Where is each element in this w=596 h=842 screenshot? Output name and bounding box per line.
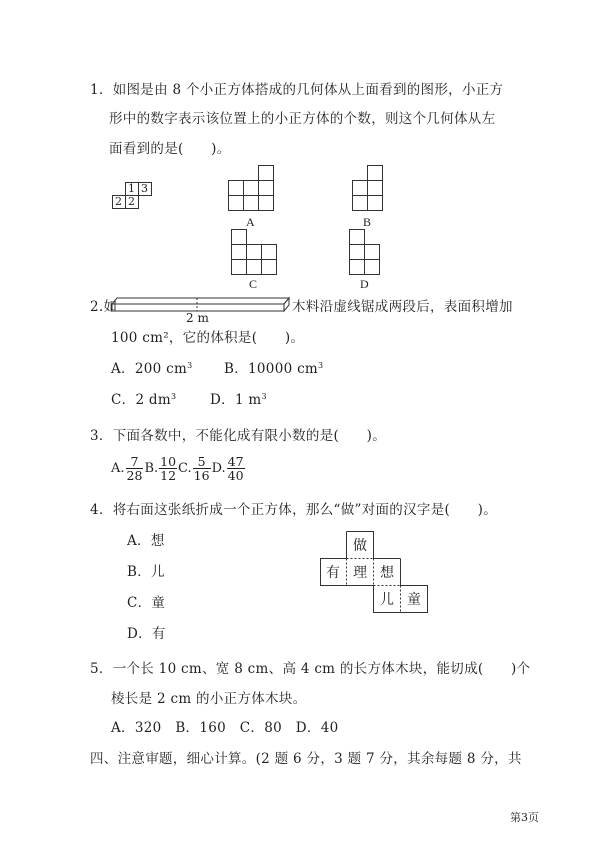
section-4-heading: 四、注意审题，细心计算。(2 题 6 分，3 题 7 分，其余每题 8 分，共 [90,751,522,767]
q2-option-b: B．10000 cm3 [224,361,323,377]
net-face: 理 [347,559,373,585]
q4-option-d: D．有 [127,626,166,642]
fraction-b: 1012 [159,455,177,482]
page-number: 第3页 [510,809,539,825]
q3-options: A.728B.1012C.516D.4740 [111,455,246,482]
q4-line: 4．将右面这张纸折成一个正方体，那么“做”对面的汉字是( )。 [90,502,497,518]
q1-line-2: 形中的数字表示该位置上的小正方体的个数，则这个几何体从左 [109,111,495,127]
q4-option-a: A．想 [127,533,165,549]
q2-option-d: D．1 m3 [210,392,267,408]
q2-option-c: C．2 dm3 [111,392,176,408]
q1-option-d-figure: D [349,229,384,293]
top-view-cell: 1 [128,182,135,195]
top-view-cell: 3 [141,182,148,195]
fraction-c: 516 [193,455,211,482]
net-face: 想 [374,559,400,585]
q1-line-1: 1．如图是由 8 个小正方体搭成的几何体从上面看到的图形，小正方 [90,82,503,98]
q1-option-c-figure: C [231,229,279,293]
net-face-top: 做 [347,532,373,558]
wood-plank-figure: 2 m [111,296,291,326]
plank-length-label: 2 m [186,311,209,325]
q1-option-b-figure: B [352,165,387,229]
q4-option-c: C．童 [127,595,165,611]
q5-line-2: 棱长是 2 cm 的小正方体木块。 [111,691,306,707]
net-face: 童 [401,586,427,612]
option-c-label: C [249,277,257,292]
fraction-a: 728 [126,455,144,482]
q5-line-1: 5．一个长 10 cm、宽 8 cm、高 4 cm 的长方体木块，能切成( )个 [90,661,530,677]
cube-net-figure: 做 有 理 想 儿 童 [320,531,432,615]
top-view-cell: 2 [128,195,135,208]
q2-suffix: 木料沿虚线锯成两段后，表面积增加 [292,299,513,315]
q2-option-a: A．200 cm3 [111,361,192,377]
option-b-label: B [363,215,371,230]
top-view-cell: 2 [115,195,122,208]
net-face: 有 [320,559,346,585]
q4-option-b: B．儿 [127,564,165,580]
net-face: 儿 [374,586,400,612]
q1-option-a-figure: A [228,165,276,229]
option-d-label: D [360,277,369,292]
q2-line-2: 100 cm²，它的体积是( )。 [111,330,304,346]
fraction-d: 4740 [227,455,245,482]
q1-line-3: 面看到的是( )。 [109,141,231,157]
q1-top-view-figure: 1 3 2 2 [111,182,161,212]
q3-line: 3．下面各数中，不能化成有限小数的是( )。 [90,428,386,444]
option-a-label: A [246,215,255,230]
q5-options: A．320 B．160 C．80 D．40 [111,720,339,736]
